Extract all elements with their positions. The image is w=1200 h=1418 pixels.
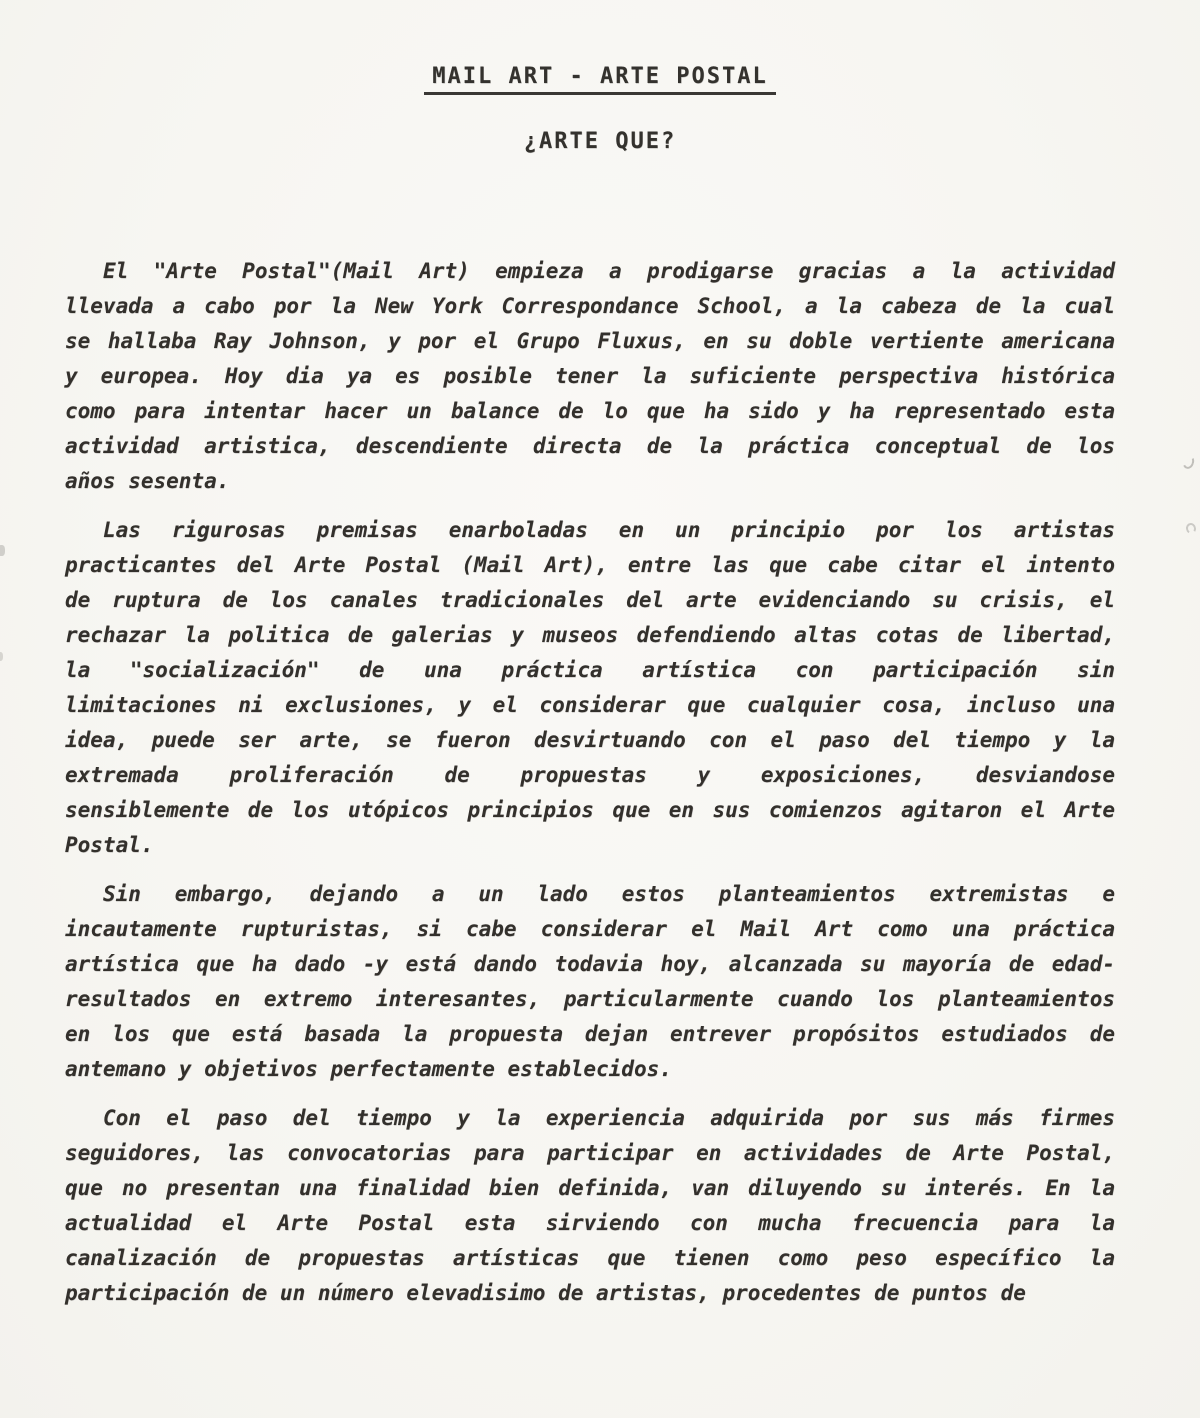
paragraph: Sin embargo, dejando a un lado estos pla…: [65, 877, 1115, 1087]
scan-artifact: [0, 652, 3, 661]
text-line: actividad artistica, descendiente direct…: [65, 429, 1115, 464]
text-line: seguidores, las convocatorias para parti…: [65, 1136, 1115, 1171]
text-line: años sesenta.: [65, 464, 1115, 499]
scanned-document-page: MAIL ART - ARTE POSTAL ¿ARTE QUE? El "Ar…: [0, 0, 1200, 1418]
text-line: llevada a cabo por la New York Correspon…: [65, 289, 1115, 324]
text-line: limitaciones ni exclusiones, y el consid…: [65, 688, 1115, 723]
text-line: como para intentar hacer un balance de l…: [65, 394, 1115, 429]
text-line: que no presentan una finalidad bien defi…: [65, 1171, 1115, 1206]
text-line: canalización de propuestas artísticas qu…: [65, 1241, 1115, 1276]
text-line: Sin embargo, dejando a un lado estos pla…: [65, 877, 1115, 912]
scan-artifact: [1185, 522, 1197, 535]
scan-artifact: [1181, 454, 1196, 471]
scan-artifact: [0, 545, 5, 556]
text-line: se hallaba Ray Johnson, y por el Grupo F…: [65, 324, 1115, 359]
text-line: El "Arte Postal"(Mail Art) empieza a pro…: [65, 254, 1115, 289]
text-line: Postal.: [65, 828, 1115, 863]
text-line: en los que está basada la propuesta deja…: [65, 1017, 1115, 1052]
text-line: la "socialización" de una práctica artís…: [65, 653, 1115, 688]
document-subtitle: ¿ARTE QUE?: [0, 129, 1200, 154]
paragraph: Las rigurosas premisas enarboladas en un…: [65, 513, 1115, 863]
text-line: de ruptura de los canales tradicionales …: [65, 583, 1115, 618]
text-line: practicantes del Arte Postal (Mail Art),…: [65, 548, 1115, 583]
text-line: incautamente rupturistas, si cabe consid…: [65, 912, 1115, 947]
paragraph: Con el paso del tiempo y la experiencia …: [65, 1101, 1115, 1311]
text-line: idea, puede ser arte, se fueron desvirtu…: [65, 723, 1115, 758]
text-line: actualidad el Arte Postal esta sirviendo…: [65, 1206, 1115, 1241]
document-body: El "Arte Postal"(Mail Art) empieza a pro…: [65, 254, 1115, 1311]
text-line: y europea. Hoy dia ya es posible tener l…: [65, 359, 1115, 394]
text-line: sensiblemente de los utópicos principios…: [65, 793, 1115, 828]
text-line: participación de un número elevadisimo d…: [65, 1276, 1115, 1311]
text-line: Con el paso del tiempo y la experiencia …: [65, 1101, 1115, 1136]
text-line: extremada proliferación de propuestas y …: [65, 758, 1115, 793]
paragraph: El "Arte Postal"(Mail Art) empieza a pro…: [65, 254, 1115, 499]
text-line: artística que ha dado -y está dando toda…: [65, 947, 1115, 982]
document-title: MAIL ART - ARTE POSTAL: [424, 64, 775, 95]
text-line: antemano y objetivos perfectamente estab…: [65, 1052, 1115, 1087]
text-line: resultados en extremo interesantes, part…: [65, 982, 1115, 1017]
text-line: Las rigurosas premisas enarboladas en un…: [65, 513, 1115, 548]
title-row: MAIL ART - ARTE POSTAL: [0, 0, 1200, 95]
text-line: rechazar la politica de galerias y museo…: [65, 618, 1115, 653]
